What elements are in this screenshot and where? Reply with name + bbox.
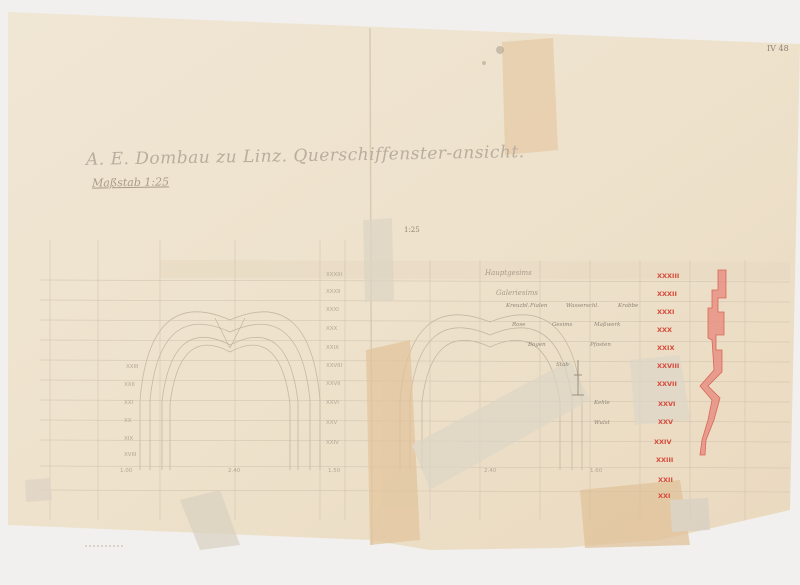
course-number: XXVI (326, 400, 339, 406)
dimension-label: 2.40 (228, 468, 240, 474)
table-cell: Krabbe (618, 303, 638, 309)
inventory-mark: IV 48 (767, 44, 789, 53)
table-cell: Bogen (528, 342, 546, 348)
course-number-red: XXXII (657, 290, 677, 298)
course-number: XXVIII (326, 363, 342, 369)
arch-course-number: XVIII (124, 452, 136, 458)
dimension-label: 1.50 (328, 468, 340, 474)
drawing-sheet: A. E. Dombau zu Linz. Querschiffenster-a… (0, 0, 800, 585)
course-number-red: XXII (658, 476, 673, 484)
course-number-red: XXVII (657, 380, 677, 388)
course-number-red: XXXI (657, 308, 674, 316)
course-number-red: XXIX (657, 344, 674, 352)
course-number-red: XXV (658, 418, 673, 426)
table-cell: Kreuzbl. (506, 303, 529, 309)
course-number-red: XXI (658, 492, 670, 500)
table-cell: Kehle (594, 400, 610, 406)
arch-course-number: XXI (124, 400, 133, 406)
dimension-label: 1.60 (590, 468, 602, 474)
course-number-red: XXVI (658, 400, 675, 408)
dimension-label: 1.00 (120, 468, 132, 474)
dimension-label: 2.40 (484, 468, 496, 474)
table-cell: Gesims (552, 322, 572, 328)
course-number-red: XXX (657, 326, 672, 334)
upper-row-label: Hauptgesims (485, 269, 532, 277)
table-cell: Fialen (530, 303, 547, 309)
course-number-red: XXVIII (657, 362, 679, 370)
arch-course-number: XXII (124, 382, 135, 388)
table-cell: Wasserschl. (566, 303, 599, 309)
course-number: XXV (326, 420, 337, 426)
lower-row-label: Galeriesims (496, 289, 538, 297)
scale-label: Maßstab 1:25 (92, 175, 169, 189)
table-cell: Rose (512, 322, 526, 328)
center-mark: 1:25 (404, 226, 420, 234)
arch-course-number: XIX (124, 436, 133, 442)
arch-course-number: XX (124, 418, 132, 424)
course-number-red: XXIII (656, 456, 673, 464)
table-cell: Maßwerk (594, 322, 621, 328)
course-number: XXIV (326, 440, 339, 446)
course-number: XXX (326, 326, 337, 332)
table-cell: Wulst (594, 420, 610, 426)
course-number: XXXII (326, 289, 341, 295)
course-number-red: XXXIII (657, 272, 679, 280)
course-number: XXXI (326, 307, 339, 313)
table-cell: Pfosten (590, 342, 611, 348)
arch-course-number: XXIII (126, 364, 138, 370)
course-number: XXVII (326, 381, 341, 387)
course-number: XXIX (326, 345, 339, 351)
course-number: XXXIII (326, 272, 342, 278)
architectural-drawing (0, 0, 800, 585)
course-number-red: XXIV (654, 438, 671, 446)
table-cell: Stab (556, 362, 569, 368)
